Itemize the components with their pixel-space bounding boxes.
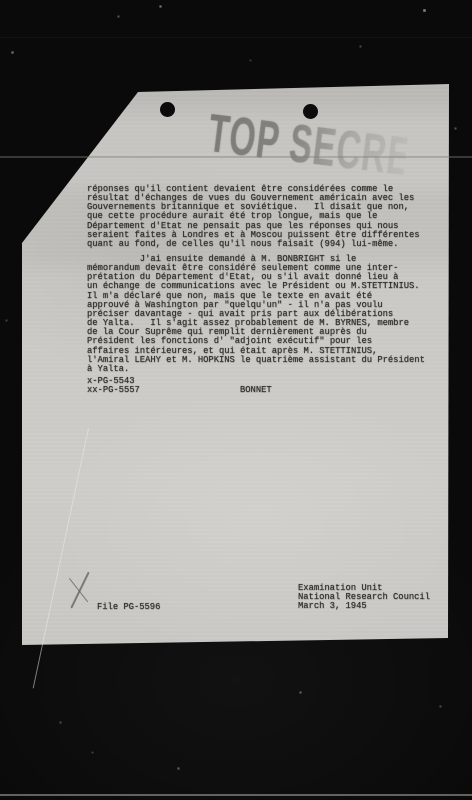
film-dust-specks [0,0,1,1]
reference-numbers: x-PG-5543xx-PG-5557 [87,377,140,395]
file-number: File PG-5596 [97,603,160,612]
text-line: xx-PG-5557 [87,386,140,395]
top-secret-stamp: TOP SECRET [205,106,409,184]
punch-hole-left [160,102,175,117]
signature: BONNET [240,386,272,395]
microfilm-scan: TOP SECRET réponses qu'il contient devai… [0,0,472,800]
text-line: quant au fond, de celles qu'il nous fais… [87,240,420,249]
pencil-x-mark [62,572,98,608]
text-line: à Yalta. [87,365,425,374]
text-line: l'Amiral LEAHY et M. HOPKINS le quatrièm… [87,356,425,365]
pencil-stroke [69,578,89,602]
issuer-block: Examination UnitNational Research Counci… [298,584,430,611]
paragraph-1: réponses qu'il contient devaient être co… [87,185,420,249]
paragraph-2: J'ai ensuite demandé à M. BONBRIGHT si l… [87,255,425,374]
film-frame-edge [0,794,472,796]
film-seam [0,37,472,38]
film-scratch-horizontal [0,156,472,158]
document-page: TOP SECRET réponses qu'il contient devai… [22,84,449,645]
text-line: March 3, 1945 [298,602,430,611]
